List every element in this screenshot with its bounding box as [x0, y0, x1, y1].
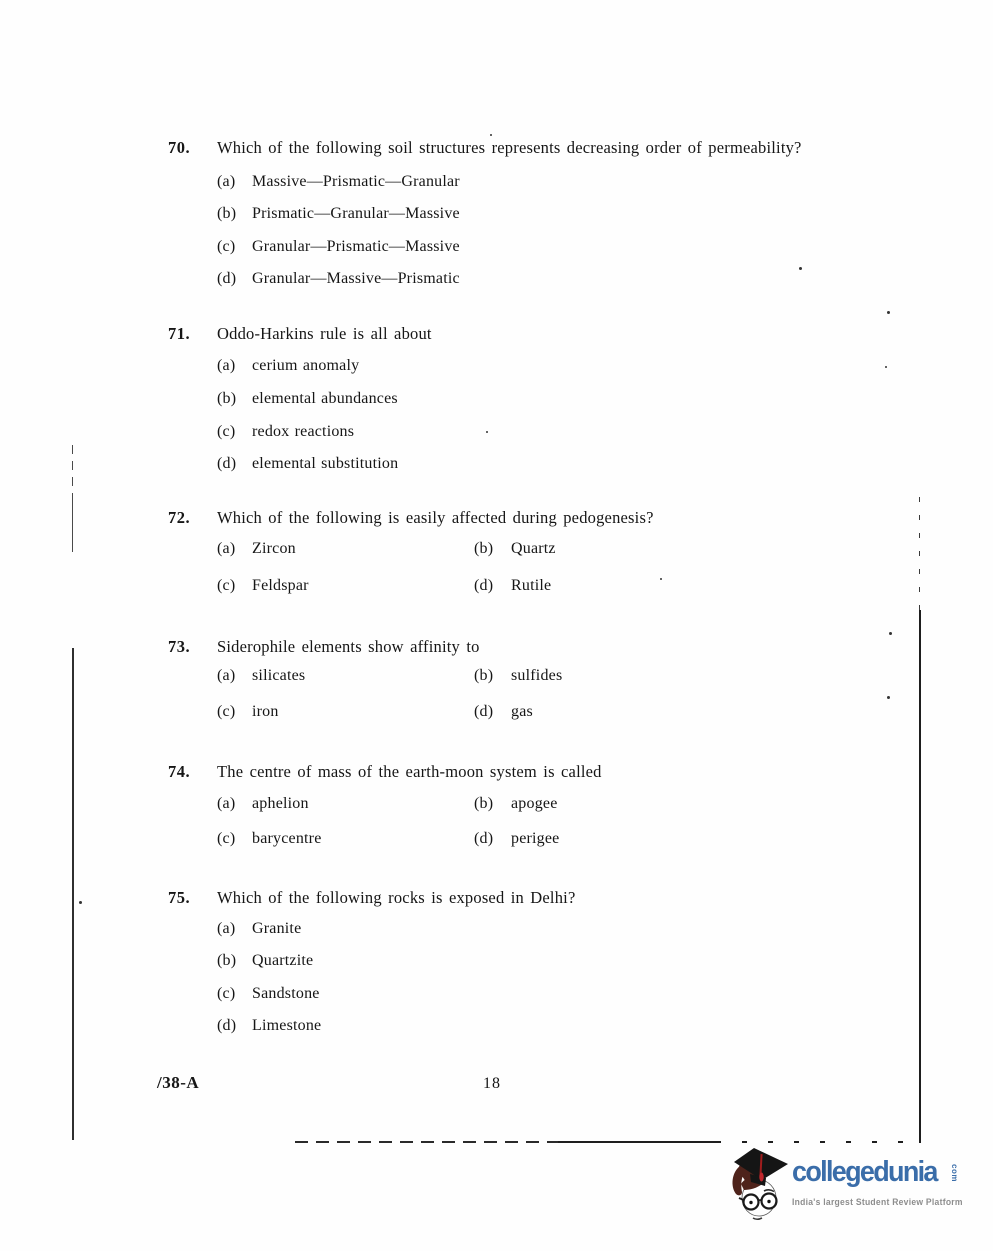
option-text: redox reactions: [252, 423, 354, 441]
option-text: Prismatic—Granular—Massive: [252, 205, 460, 223]
scan-artifact-bottom-line-dotted: [716, 1141, 917, 1143]
option-text: Feldspar: [252, 577, 309, 595]
option-label: (d): [217, 1017, 236, 1035]
question-stem: The centre of mass of the earth-moon sys…: [217, 762, 602, 782]
option-text: Quartz: [511, 540, 556, 558]
question-number: 75.: [168, 888, 190, 908]
scan-speck: [885, 366, 887, 368]
option-text: apogee: [511, 795, 558, 813]
option-label: (c): [217, 577, 235, 595]
question-stem: Which of the following rocks is exposed …: [217, 888, 575, 908]
option-text: Granite: [252, 920, 301, 938]
option-label: (d): [474, 703, 493, 721]
option-label: (b): [217, 205, 236, 223]
option-text: Zircon: [252, 540, 296, 558]
option-label: (c): [217, 238, 235, 256]
option-text: sulfides: [511, 667, 562, 685]
scan-artifact-left-line-upper: [72, 497, 73, 552]
scan-artifact-left-line-dashes: [72, 445, 73, 497]
option-text: silicates: [252, 667, 305, 685]
exam-paper-page: 70. Which of the following soil structur…: [0, 0, 993, 1251]
option-label: (b): [217, 390, 236, 408]
option-text: Granular—Prismatic—Massive: [252, 238, 460, 256]
question-stem: Oddo-Harkins rule is all about: [217, 324, 432, 344]
option-text: Granular—Massive—Prismatic: [252, 270, 460, 288]
collegedunia-brand-text: collegedunia: [792, 1156, 937, 1189]
question-number: 74.: [168, 762, 190, 782]
scan-speck: [887, 696, 890, 699]
collegedunia-mascot-icon: [726, 1148, 790, 1224]
scan-artifact-bottom-line-dashed: [295, 1141, 560, 1143]
option-label: (b): [474, 795, 493, 813]
option-label: (a): [217, 795, 235, 813]
option-label: (b): [474, 540, 493, 558]
option-label: (a): [217, 540, 235, 558]
scan-speck: [887, 311, 890, 314]
option-label: (d): [474, 830, 493, 848]
option-text: perigee: [511, 830, 559, 848]
option-text: Rutile: [511, 577, 551, 595]
option-text: Quartzite: [252, 952, 313, 970]
collegedunia-watermark: collegedunia com India's largest Student…: [712, 1146, 990, 1248]
scan-speck: [799, 267, 802, 270]
option-text: elemental substitution: [252, 455, 398, 473]
question-stem: Siderophile elements show affinity to: [217, 637, 480, 657]
option-label: (a): [217, 667, 235, 685]
option-label: (c): [217, 423, 235, 441]
page-number: 18: [483, 1075, 501, 1093]
scan-speck: [486, 431, 488, 433]
option-label: (c): [217, 703, 235, 721]
question-number: 73.: [168, 637, 190, 657]
scan-speck: [490, 134, 492, 136]
scan-speck: [660, 578, 662, 580]
option-label: (b): [217, 952, 236, 970]
option-label: (b): [474, 667, 493, 685]
option-label: (d): [217, 270, 236, 288]
option-text: Massive—Prismatic—Granular: [252, 173, 460, 191]
collegedunia-tagline: India's largest Student Review Platform: [792, 1197, 963, 1208]
option-label: (d): [217, 455, 236, 473]
option-text: aphelion: [252, 795, 309, 813]
collegedunia-brand-suffix: com: [950, 1164, 959, 1182]
scan-artifact-right-line-dashes: [919, 497, 920, 610]
scan-artifact-bottom-line-solid: [558, 1141, 716, 1143]
option-text: elemental abundances: [252, 390, 398, 408]
booklet-code: /38-A: [157, 1073, 199, 1093]
question-stem: Which of the following soil structures r…: [217, 138, 802, 158]
option-text: gas: [511, 703, 533, 721]
option-text: Limestone: [252, 1017, 321, 1035]
question-number: 70.: [168, 138, 190, 158]
option-label: (d): [474, 577, 493, 595]
option-text: Sandstone: [252, 985, 320, 1003]
option-text: cerium anomaly: [252, 357, 359, 375]
option-text: barycentre: [252, 830, 322, 848]
scan-speck: [79, 901, 82, 904]
scan-artifact-right-line: [919, 610, 921, 1143]
option-label: (c): [217, 830, 235, 848]
question-number: 71.: [168, 324, 190, 344]
option-label: (a): [217, 357, 235, 375]
question-number: 72.: [168, 508, 190, 528]
option-label: (a): [217, 173, 235, 191]
option-label: (a): [217, 920, 235, 938]
scan-speck: [889, 632, 892, 635]
question-stem: Which of the following is easily affecte…: [217, 508, 654, 528]
option-text: iron: [252, 703, 279, 721]
option-label: (c): [217, 985, 235, 1003]
scan-artifact-left-line-lower: [72, 648, 74, 1140]
